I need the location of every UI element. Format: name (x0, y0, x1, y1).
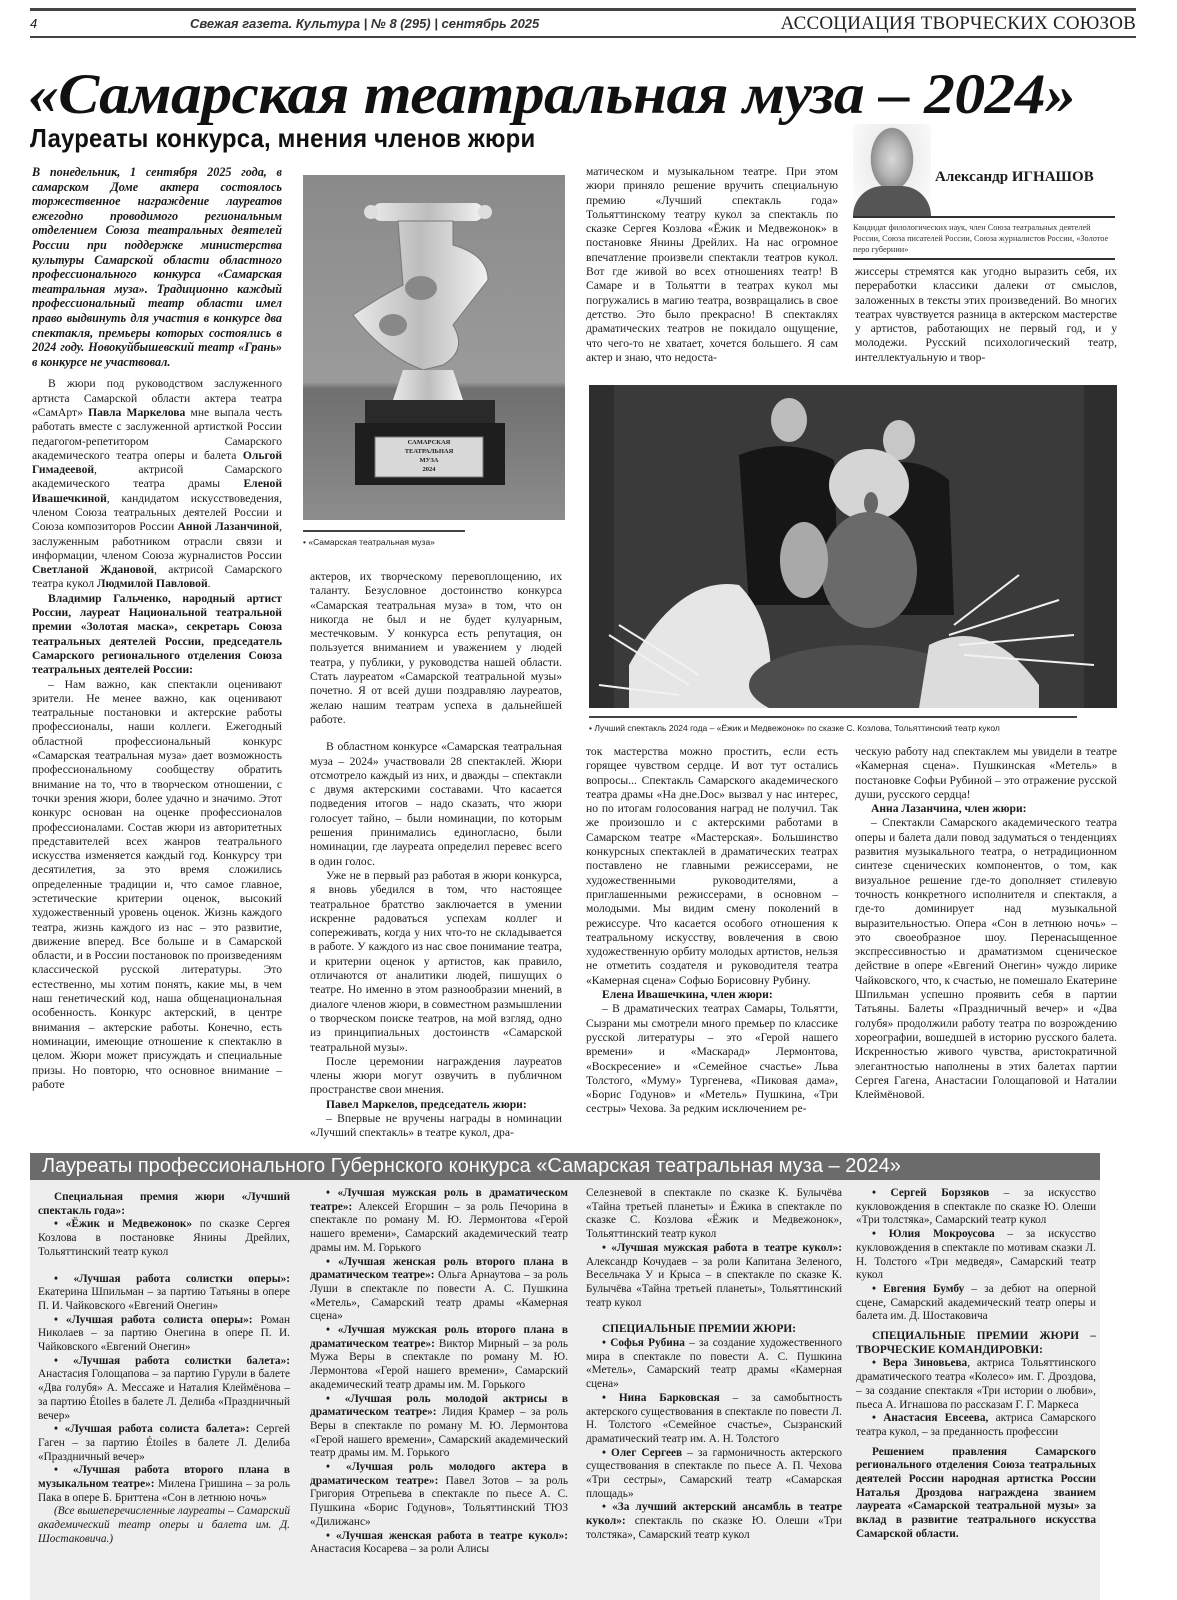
laureate-item: • Олег Сергеев – за гармоничность актерс… (586, 1447, 842, 1502)
divider (853, 258, 1115, 260)
article-lead: В понедельник, 1 сентября 2025 года, в с… (32, 165, 282, 369)
laureate-item-continued: Селезневой в спектакле по сказке К. Булы… (586, 1187, 842, 1242)
laureates-col-3: Селезневой в спектакле по сказке К. Булы… (586, 1187, 842, 1543)
laureate-item: • Софья Рубина – за создание художествен… (586, 1337, 842, 1392)
laureate-item: • Сергей Борзяков – за искусство куклово… (856, 1187, 1096, 1228)
laureates-col-2: • «Лучшая мужская роль в драматическом т… (310, 1187, 568, 1557)
speaker-markelov: Павел Маркелов, председатель жюри: (310, 1098, 562, 1112)
speaker-galchenko: Владимир Гальченко, народный артист Росс… (32, 592, 282, 678)
jury-paragraph: В жюри под руководством заслуженного арт… (32, 377, 282, 591)
page-header: 4 Свежая газета. Культура | № 8 (295) | … (30, 8, 1136, 38)
special-prizes-heading: СПЕЦИАЛЬНЫЕ ПРЕМИИ ЖЮРИ: (586, 1323, 842, 1337)
laureate-item: • «Лучшая работа солистки оперы»: Екатер… (38, 1273, 290, 1314)
laureate-item: • «Лучшая женская работа в театре кукол»… (310, 1530, 568, 1557)
col2-paragraph: – Впервые не вручены награды в номинации… (310, 1112, 562, 1141)
author-photo (853, 124, 931, 216)
col2-paragraph: После церемонии награждения лауреатов чл… (310, 1055, 562, 1098)
laureates-col-1: Специальная премия жюри «Лучший спектакл… (38, 1191, 290, 1547)
publication-info: Свежая газета. Культура | № 8 (295) | се… (190, 16, 781, 31)
article-subtitle: Лауреаты конкурса, мнения членов жюри (30, 123, 535, 154)
laureate-item: • Нина Барковская – за самобытность акте… (586, 1392, 842, 1447)
laureate-item: Специальная премия жюри «Лучший спектакл… (38, 1191, 290, 1218)
trophy-plaque: САМАРСКАЯ ТЕАТРАЛЬНАЯ МУЗА 2024 (375, 438, 483, 474)
laureate-item: • «Ёжик и Медвежонок» по сказке Сергея К… (38, 1218, 290, 1259)
col4-paragraph: – Спектакли Самарского академического те… (855, 816, 1117, 1102)
column-3-top: матическом и музыкальном театре. При это… (586, 165, 838, 365)
laureate-item: • «Лучшая мужская роль в драматическом т… (310, 1187, 568, 1256)
speaker-ivashechkina: Елена Ивашечкина, член жюри: (586, 988, 838, 1002)
col4-paragraph: ческую работу над спектаклем мы увидели … (855, 745, 1117, 802)
laureate-item: • Анастасия Евсеева, актриса Самарского … (856, 1412, 1096, 1439)
laureate-item: • «Лучшая работа второго плана в музыкал… (38, 1464, 290, 1505)
trophy-photo: САМАРСКАЯ ТЕАТРАЛЬНАЯ МУЗА 2024 (303, 175, 565, 520)
page-number: 4 (30, 16, 190, 31)
column-4-top: жиссеры стремятся как угодно выразить се… (855, 265, 1117, 365)
laureates-title: Лауреаты профессионального Губернского к… (30, 1153, 1100, 1180)
laureate-item: • «Лучшая роль молодого актера в драмати… (310, 1461, 568, 1530)
creative-trips-heading: СПЕЦИАЛЬНЫЕ ПРЕМИИ ЖЮРИ – ТВОРЧЕСКИЕ КОМ… (856, 1330, 1096, 1357)
laureate-item: • Юлия Мокроусова – за искусство куклово… (856, 1228, 1096, 1283)
laureate-item: • Вера Зиновьева, актриса Тольяттинского… (856, 1357, 1096, 1412)
col2-paragraph: В областном конкурсе «Самарская театраль… (310, 740, 562, 869)
column-2: актеров, их творческому перевоплощению, … (310, 570, 562, 1141)
laureate-item: • «За лучший актерский ансамбль в театре… (586, 1501, 842, 1542)
laureate-item: • «Лучшая работа солиста оперы»: Роман Н… (38, 1314, 290, 1355)
column-3-bottom: ток мастерства можно простить, если есть… (586, 745, 838, 1117)
col3-paragraph: ток мастерства можно простить, если есть… (586, 745, 838, 988)
laureate-item: • «Лучшая роль молодой актрисы в драмати… (310, 1393, 568, 1462)
stage-photo (589, 385, 1117, 708)
column-4-bottom: ческую работу над спектаклем мы увидели … (855, 745, 1117, 1102)
col3-paragraph: матическом и музыкальном театре. При это… (586, 165, 838, 365)
author-bio: Кандидат филологических наук, член Союза… (853, 222, 1115, 255)
laureates-note: (Все вышеперечисленные лауреаты – Самарс… (38, 1505, 290, 1546)
author-name: Александр ИГНАШОВ (935, 169, 1094, 186)
section-name: Ассоциация творческих союзов (781, 13, 1136, 35)
laureates-box: Лауреаты профессионального Губернского к… (30, 1153, 1100, 1600)
laureate-item: • «Лучшая мужская работа в театре кукол»… (586, 1242, 842, 1311)
col2-paragraph: актеров, их творческому перевоплощению, … (310, 570, 562, 727)
galchenko-quote: – Нам важно, как спектакли оценивают зри… (32, 678, 282, 1093)
article-title: «Самарская театральная муза – 2024» (28, 62, 1075, 127)
puppet-scene-icon (589, 385, 1117, 708)
laureate-item: • «Лучшая работа солиста балета»: Сергей… (38, 1423, 290, 1464)
laureate-item: • Евгения Бумбу – за дебют на оперной сц… (856, 1283, 1096, 1324)
laureate-item: • «Лучшая работа солистки балета»: Анаст… (38, 1355, 290, 1424)
laureate-item: • «Лучшая женская роль второго плана в д… (310, 1256, 568, 1325)
laureates-col-4: • Сергей Борзяков – за искусство куклово… (856, 1187, 1096, 1542)
stage-caption: • Лучший спектакль 2024 года – «Ёжик и М… (589, 716, 1077, 733)
divider (853, 216, 1115, 218)
laureate-item: • «Лучшая мужская роль второго плана в д… (310, 1324, 568, 1393)
column-1: В понедельник, 1 сентября 2025 года, в с… (32, 165, 282, 1092)
closing-statement: Решением правления Самарского региональн… (856, 1446, 1096, 1542)
col2-paragraph: Уже не в первый раз работая в жюри конку… (310, 869, 562, 1055)
col4-paragraph: жиссеры стремятся как угодно выразить се… (855, 265, 1117, 365)
speaker-lazanchina: Анна Лазанчина, член жюри: (855, 802, 1117, 816)
col3-paragraph: – В драматических театрах Самары, Тольят… (586, 1002, 838, 1116)
trophy-caption: • «Самарская театральная муза» (303, 530, 465, 547)
